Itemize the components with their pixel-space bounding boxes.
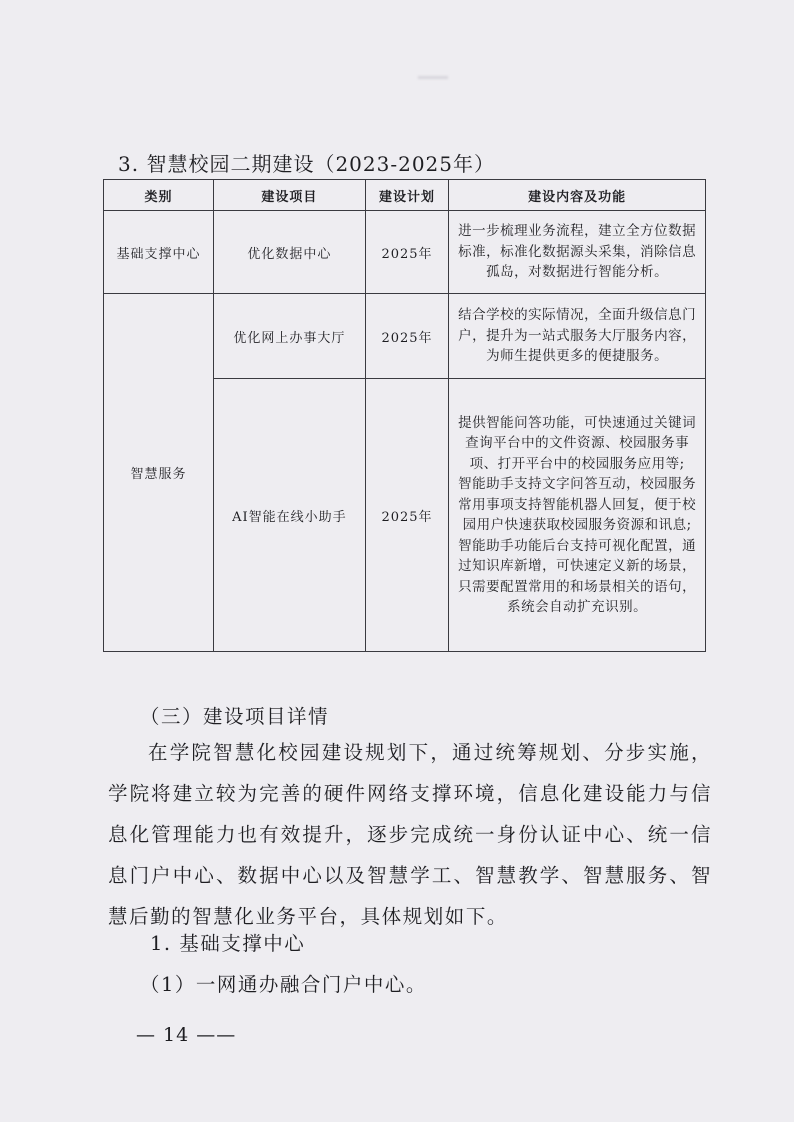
content-paragraph: 智能助手支持文字问答互动，校园服务常用事项支持智能机器人回复，便于校园用户快速获…: [455, 474, 699, 536]
cell-plan: 2025年: [365, 294, 449, 379]
header-project: 建设项目: [214, 180, 366, 211]
header-content: 建设内容及功能: [449, 180, 706, 211]
cell-category: 基础支撑中心: [104, 211, 214, 294]
construction-plan-table: 类别 建设项目 建设计划 建设内容及功能 基础支撑中心 优化数据中心 2025年…: [103, 179, 706, 652]
details-heading: （三）建设项目详情: [140, 701, 329, 729]
cell-project: 优化网上办事大厅: [214, 294, 366, 379]
table-row: 基础支撑中心 优化数据中心 2025年 进一步梳理业务流程，建立全方位数据标准，…: [104, 211, 706, 294]
cell-content: 进一步梳理业务流程，建立全方位数据标准，标准化数据源头采集，消除信息孤岛，对数据…: [449, 211, 706, 294]
cell-project: AI智能在线小助手: [214, 379, 366, 652]
cell-plan: 2025年: [365, 211, 449, 294]
header-category: 类别: [104, 180, 214, 211]
details-paragraph: 在学院智慧化校园建设规划下，通过统筹规划、分步实施，学院将建立较为完善的硬件网络…: [108, 732, 712, 937]
table-row: 智慧服务 优化网上办事大厅 2025年 结合学校的实际情况，全面升级信息门户，提…: [104, 294, 706, 379]
content-paragraph: 结合学校的实际情况，全面升级信息门户，提升为一站式服务大厅服务内容，为师生提供更…: [455, 305, 699, 367]
cell-content: 结合学校的实际情况，全面升级信息门户，提升为一站式服务大厅服务内容，为师生提供更…: [449, 294, 706, 379]
content-paragraph: 进一步梳理业务流程，建立全方位数据标准，标准化数据源头采集，消除信息孤岛，对数据…: [455, 221, 699, 283]
scan-mark: [418, 76, 448, 79]
header-plan: 建设计划: [365, 180, 449, 211]
subheading-portal-center: （1）一网通办融合门户中心。: [140, 969, 427, 997]
cell-project: 优化数据中心: [214, 211, 366, 294]
section-heading: 3. 智慧校园二期建设（2023-2025年）: [118, 148, 495, 177]
table-header-row: 类别 建设项目 建设计划 建设内容及功能: [104, 180, 706, 211]
cell-content: 提供智能问答功能，可快速通过关键词查询平台中的文件资源、校园服务事项、打开平台中…: [449, 379, 706, 652]
page-number: — 14 ——: [136, 1024, 236, 1046]
content-paragraph: 提供智能问答功能，可快速通过关键词查询平台中的文件资源、校园服务事项、打开平台中…: [455, 413, 699, 475]
subheading-basic-support: 1. 基础支撑中心: [150, 928, 305, 956]
cell-category: 智慧服务: [104, 294, 214, 652]
content-paragraph: 智能助手功能后台支持可视化配置，通过知识库新增，可快速定义新的场景，只需要配置常…: [455, 536, 699, 618]
cell-plan: 2025年: [365, 379, 449, 652]
